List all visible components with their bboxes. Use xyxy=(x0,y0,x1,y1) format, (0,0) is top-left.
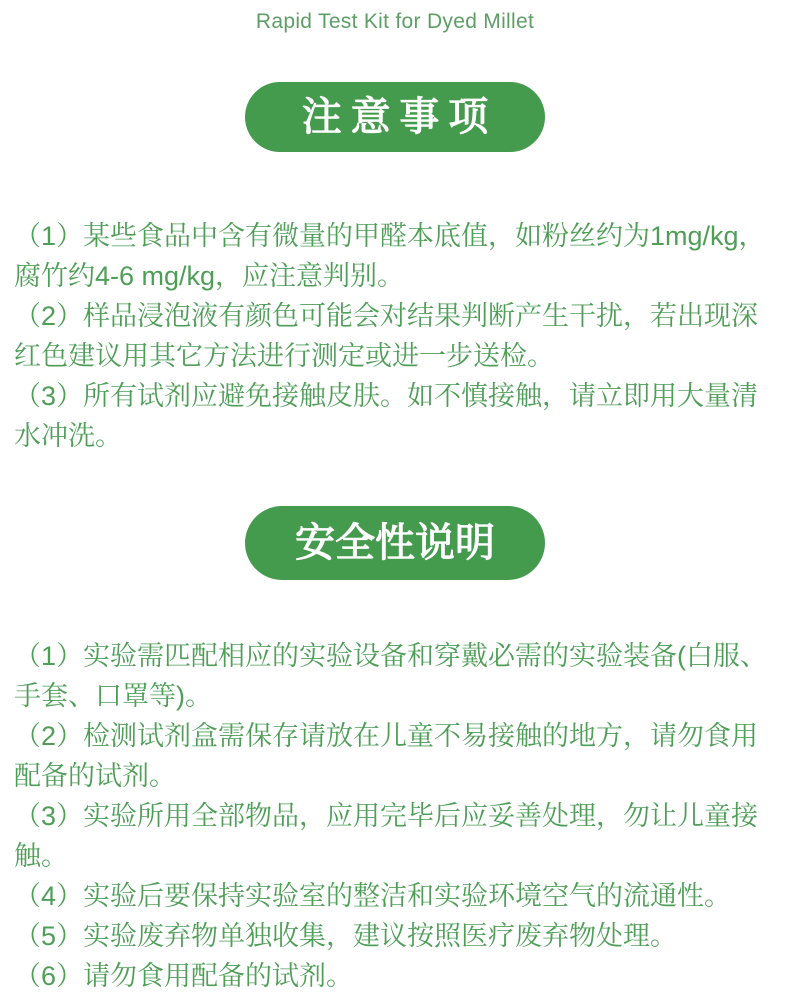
section-precautions: 注意事项 （1）某些食品中含有微量的甲醛本底值，如粉丝约为1mg/kg，腐竹约4… xyxy=(0,82,790,456)
safety-item-5: （5）实验废弃物单独收集，建议按照医疗废弃物处理。 xyxy=(14,916,776,956)
precaution-item-2: （2）样品浸泡液有颜色可能会对结果判断产生干扰，若出现深红色建议用其它方法进行测… xyxy=(14,296,776,376)
safety-item-1: （1）实验需匹配相应的实验设备和穿戴必需的实验装备(白服、手套、口罩等)。 xyxy=(14,636,776,716)
safety-badge-label: 安全性说明 xyxy=(295,523,495,563)
precautions-badge: 注意事项 xyxy=(245,82,545,152)
precaution-item-1: （1）某些食品中含有微量的甲醛本底值，如粉丝约为1mg/kg，腐竹约4-6 mg… xyxy=(14,216,776,296)
safety-body: （1）实验需匹配相应的实验设备和穿戴必需的实验装备(白服、手套、口罩等)。 （2… xyxy=(0,636,790,996)
safety-item-6: （6）请勿食用配备的试剂。 xyxy=(14,956,776,996)
safety-item-3: （3）实验所用全部物品，应用完毕后应妥善处理，勿让儿童接触。 xyxy=(14,796,776,876)
precautions-body: （1）某些食品中含有微量的甲醛本底值，如粉丝约为1mg/kg，腐竹约4-6 mg… xyxy=(0,216,790,456)
safety-badge: 安全性说明 xyxy=(245,506,545,580)
page-header: Rapid Test Kit for Dyed Millet xyxy=(0,0,790,34)
page-title: Rapid Test Kit for Dyed Millet xyxy=(0,10,790,34)
safety-item-2: （2）检测试剂盒需保存请放在儿童不易接触的地方，请勿食用配备的试剂。 xyxy=(14,716,776,796)
precaution-item-3: （3）所有试剂应避免接触皮肤。如不慎接触，请立即用大量清水冲洗。 xyxy=(14,376,776,456)
section-safety-notes: 安全性说明 （1）实验需匹配相应的实验设备和穿戴必需的实验装备(白服、手套、口罩… xyxy=(0,506,790,996)
safety-item-4: （4）实验后要保持实验室的整洁和实验环境空气的流通性。 xyxy=(14,876,776,916)
product-instruction-page: Rapid Test Kit for Dyed Millet 注意事项 （1）某… xyxy=(0,0,790,1003)
precautions-badge-label: 注意事项 xyxy=(293,97,497,137)
